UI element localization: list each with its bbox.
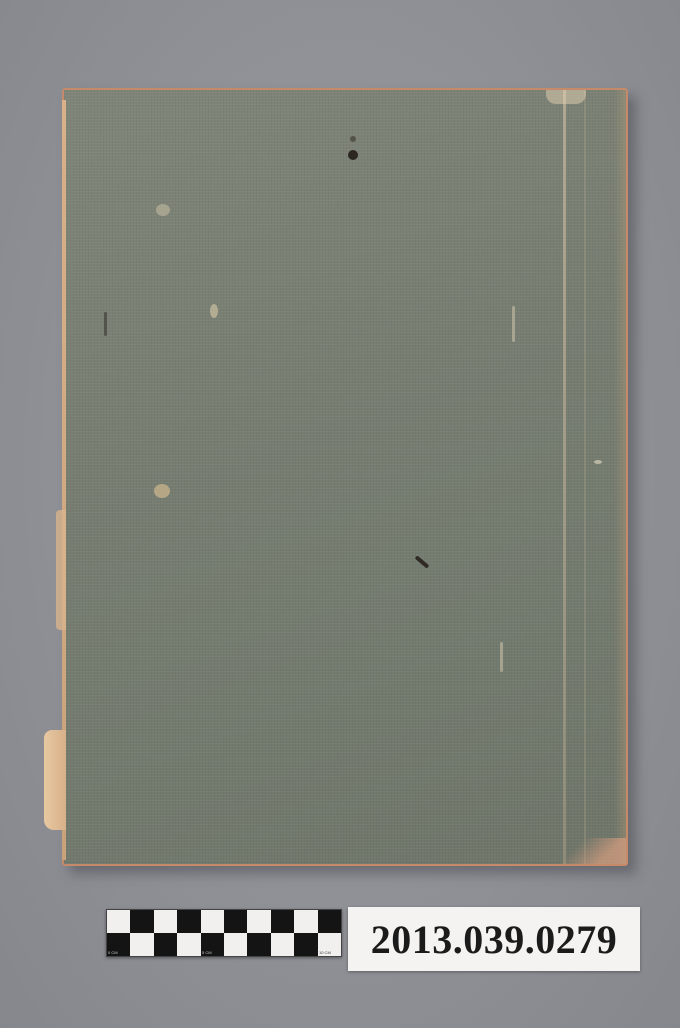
scratch [104,312,107,336]
stain [156,204,170,216]
spine-hinge [563,90,566,864]
scratch [500,642,503,672]
scale-cell [130,910,153,933]
corner-wear-bottom-right [556,838,626,864]
scale-cell [201,910,224,933]
scale-cell [177,910,200,933]
stain [348,150,358,160]
corner-wear-top-right [546,90,586,104]
stain [210,304,218,318]
catalog-label: 2013.039.0279 [348,907,640,971]
photo-stage: 0 CM 5 CM 10 CM 2013.039.0279 [0,0,680,1028]
stain [415,555,430,568]
torn-corner [44,730,66,830]
worn-edge [56,510,66,630]
scale-cell [107,910,130,933]
stain [154,484,170,498]
stain [594,460,602,464]
book-cover [62,88,628,866]
scratch [512,306,515,342]
scale-cell [271,933,294,956]
scale-cell [154,910,177,933]
scale-cell [177,933,200,956]
spine-edge [614,90,626,864]
scale-cell [294,933,317,956]
scale-mark-10: 10 CM [319,950,331,955]
scale-cell [294,910,317,933]
catalog-number: 2013.039.0279 [371,916,618,963]
scale-cell [154,933,177,956]
scale-cell [224,910,247,933]
stain [350,136,356,142]
scale-cell [271,910,294,933]
scale-mark-0: 0 CM [108,950,118,955]
scale-cell [224,933,247,956]
scale-bar [106,909,342,957]
scale-cell [318,910,341,933]
scale-mark-5: 5 CM [202,950,212,955]
spine-hinge-secondary [584,90,586,864]
scale-cell [130,933,153,956]
scale-cell [247,910,270,933]
scale-cell [247,933,270,956]
